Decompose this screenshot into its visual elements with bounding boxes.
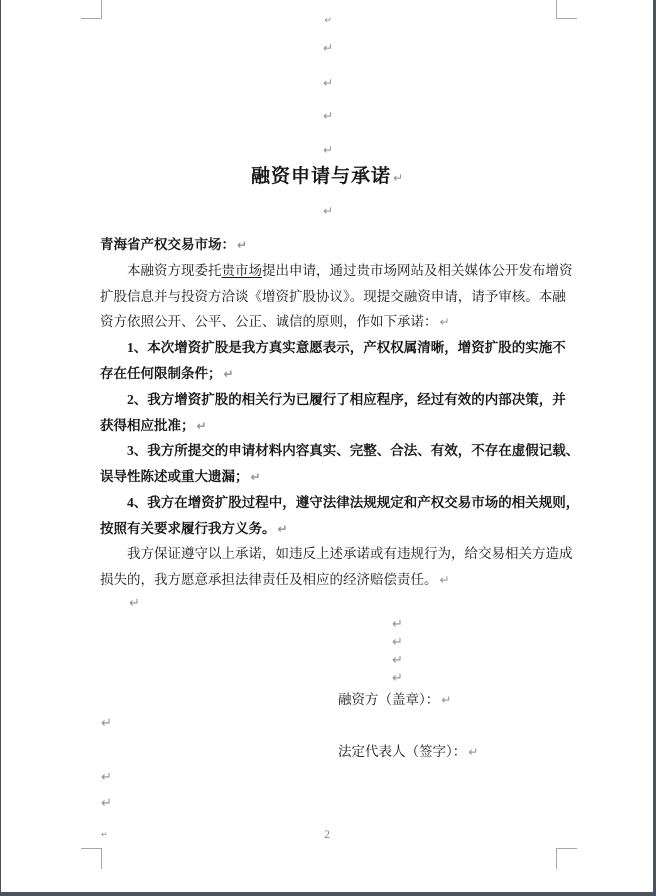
sign-label: 法定代表人（签字）： bbox=[338, 744, 466, 759]
c1-l2-text: 存在任何限制条件； bbox=[100, 366, 222, 381]
pilcrow-icon: ↵ bbox=[251, 470, 261, 484]
body-line: 本融资方现委托贵市场提出申请，通过贵市场网站及相关媒体公开发布增资 bbox=[100, 258, 585, 284]
pilcrow-icon: ↵ bbox=[392, 634, 403, 652]
pilcrow-icon: ↵ bbox=[224, 367, 234, 381]
pilcrow-icon: ↵ bbox=[392, 670, 403, 688]
commitment-1-line: 1、本次增资扩股是我方真实意愿表示，产权权属清晰，增资扩股的实施不 bbox=[100, 335, 585, 361]
seal-label: 融资方（盖章）： bbox=[338, 692, 439, 707]
p1-l3-text: 资方依照公开、公平、公正、诚信的原则，作如下承诺： bbox=[100, 314, 438, 329]
commitment-1-line: 存在任何限制条件；↵ bbox=[100, 361, 558, 387]
document-page: ↵ ↵ ↵ ↵ ↵ 融资申请与承诺↵ ↵ 青海省产权交易市场：↵ 本融资方现委托… bbox=[1, 0, 653, 892]
app-background: { "glyphs": { "pilcrow": "↵" }, "colors"… bbox=[0, 0, 656, 896]
commitment-4-line: 4、我方在增资扩股过程中，遵守法律法规规定和产权交易市场的相关规则， bbox=[100, 490, 585, 516]
pilcrow-icon: ↵ bbox=[393, 171, 403, 185]
commitment-3-line: 误导性陈述或重大遗漏；↵ bbox=[100, 464, 558, 490]
body-line: 资方依照公开、公平、公正、诚信的原则，作如下承诺：↵ bbox=[100, 309, 558, 335]
pilcrow-icon: ↵ bbox=[441, 693, 451, 707]
pilcrow-icon: ↵ bbox=[101, 769, 112, 787]
document-title: 融资申请与承诺 bbox=[251, 166, 391, 187]
closing-l2-text: 损失的，我方愿意承担法律责任及相应的经济赔偿责任。 bbox=[100, 572, 438, 587]
commitment-3-line: 3、我方所提交的申请材料内容真实、完整、合法、有效，不存在虚假记载、 bbox=[100, 438, 585, 464]
pilcrow-icon: ↵ bbox=[323, 109, 333, 123]
pilcrow-icon: ↵ bbox=[197, 419, 207, 433]
crop-mark-bottom-right bbox=[556, 848, 577, 869]
commitment-2-line: 获得相应批准；↵ bbox=[100, 413, 558, 439]
recipient-line: 青海省产权交易市场：↵ bbox=[100, 232, 558, 258]
header-paragraph-mark-icon: ↵ bbox=[324, 16, 332, 26]
commitment-2-line: 2、我方增资扩股的相关行为已履行了相应程序，经过有效的内部决策，并 bbox=[100, 387, 585, 413]
pilcrow-icon: ↵ bbox=[440, 573, 450, 587]
p1-underlined-text: 贵市场 bbox=[222, 263, 263, 278]
closing-line: 我方保证遵守以上承诺，如违反上述承诺或有违规行为，给交易相关方造成 bbox=[100, 541, 585, 567]
pilcrow-icon: ↵ bbox=[323, 76, 333, 90]
crop-mark-bottom-left bbox=[81, 848, 102, 869]
pilcrow-icon: ↵ bbox=[129, 595, 140, 613]
c2-l2-text: 获得相应批准； bbox=[100, 418, 195, 433]
legal-representative-line: 法定代表人（签字）：↵ bbox=[338, 739, 638, 765]
c4-l2-text: 按照有关要求履行我方义务。 bbox=[100, 521, 276, 536]
closing-line: 损失的，我方愿意承担法律责任及相应的经济赔偿责任。↵ bbox=[100, 567, 558, 593]
c3-l2-text: 误导性陈述或重大遗漏； bbox=[100, 469, 249, 484]
pilcrow-icon: ↵ bbox=[323, 41, 333, 55]
p1-post-text: 提出申请，通过贵市场网站及相关媒体公开发布增资 bbox=[262, 263, 573, 278]
p1-pre-text: 本融资方现委托 bbox=[127, 263, 222, 278]
pilcrow-icon: ↵ bbox=[101, 715, 112, 733]
pilcrow-icon: ↵ bbox=[323, 143, 333, 157]
pilcrow-icon: ↵ bbox=[468, 745, 478, 759]
pilcrow-icon: ↵ bbox=[323, 204, 333, 218]
pilcrow-icon: ↵ bbox=[101, 795, 112, 813]
pilcrow-icon: ↵ bbox=[392, 652, 403, 670]
commitment-4-line: 按照有关要求履行我方义务。↵ bbox=[100, 516, 558, 542]
body-line: 扩股信息并与投资方洽谈《增资扩股协议》。现提交融资申请，请予审核。本融 bbox=[100, 284, 558, 310]
pilcrow-icon: ↵ bbox=[440, 315, 450, 329]
page-number: 2 bbox=[1, 828, 653, 842]
pilcrow-icon: ↵ bbox=[237, 238, 247, 252]
seal-signature-line: 融资方（盖章）：↵ bbox=[338, 687, 638, 713]
recipient-text: 青海省产权交易市场： bbox=[100, 237, 235, 252]
pilcrow-icon: ↵ bbox=[392, 616, 403, 634]
pilcrow-icon: ↵ bbox=[278, 522, 288, 536]
